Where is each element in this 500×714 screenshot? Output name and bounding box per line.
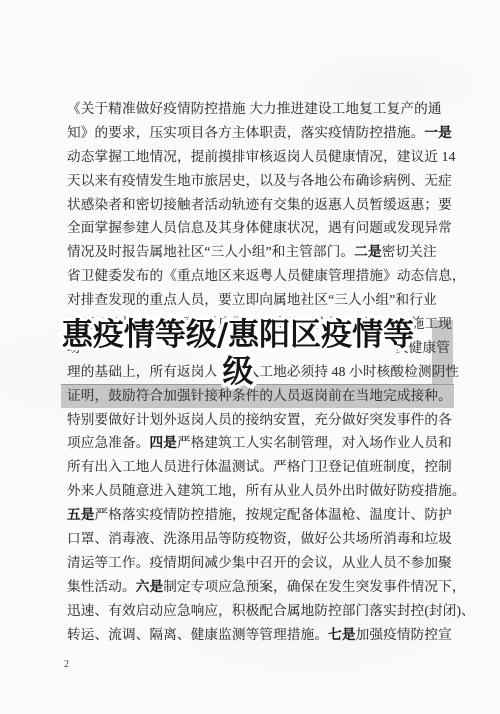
text-line: 《关于精准做好疫情防控措施 大力推进建设工地复工复产的通 xyxy=(67,97,450,121)
body-text: 加强疫情防控宣 xyxy=(356,627,452,642)
body-text: 清运等工作。疫情期间减少集中召开的会议，从业人员不参加聚 xyxy=(67,555,452,570)
emphasis-text: 二是 xyxy=(354,244,382,259)
text-line: 清运等工作。疫情期间减少集中召开的会议，从业人员不参加聚 xyxy=(67,551,450,575)
overlay-headline-line2: 级 级 xyxy=(18,354,458,391)
text-line: 外来人员随意进入建筑工地，所有从业人员外出时做好防疫措施。 xyxy=(67,479,450,503)
body-text: 转运、流调、隔离、健康监测等管理措施。 xyxy=(67,627,328,642)
text-line: 动态掌握工地情况，提前摸排审核返岗人员健康情况，建议近 14 xyxy=(67,145,450,169)
text-line: 所有出入工地人员进行体温测试。严格门卫登记值班制度，控制 xyxy=(67,455,450,479)
text-line: 天以来有疫情发生地市旅居史，以及与各地公布确诊病例、无症 xyxy=(67,169,450,193)
body-text: 制定专项应急预案，确保在发生突发事件情况下， xyxy=(163,579,465,594)
body-text: 口罩、消毒液、洗涤用品等防疫物资，做好公共场所消毒和垃圾 xyxy=(67,531,452,546)
body-text: 严格落实疫情防控措施，按规定配备体温枪、温度计、防护 xyxy=(95,507,452,522)
body-text: 严格建筑工人实名制管理，对入场作业人员和 xyxy=(177,435,452,450)
text-line: 转运、流调、隔离、健康监测等管理措施。七是加强疫情防控宣 xyxy=(67,623,450,647)
body-text: 集性活动。 xyxy=(67,579,136,594)
text-line: 集性活动。六是制定专项应急预案，确保在发生突发事件情况下， xyxy=(67,575,450,599)
body-text: 迅速、有效启动应急响应，积极配合属地防控部门落实封控(封闭)、 xyxy=(67,603,475,618)
emphasis-text: 七是 xyxy=(328,627,356,642)
text-line: 项应急准备。四是严格建筑工人实名制管理，对入场作业人员和 xyxy=(67,431,450,455)
overlay-headline-text: 级 xyxy=(223,354,254,390)
body-text: 所有出入工地人员进行体温测试。严格门卫登记值班制度，控制 xyxy=(67,459,452,474)
body-text: 省卫健委发布的《重点地区来返粤人员健康管理措施》动态信息， xyxy=(67,268,466,283)
emphasis-text: 一是 xyxy=(424,125,452,140)
emphasis-text: 五是 xyxy=(67,507,95,522)
text-line: 省卫健委发布的《重点地区来返粤人员健康管理措施》动态信息， xyxy=(67,264,450,288)
text-line: 全面掌握参建人员信息及其身体健康状况，遇有问题或发现异常 xyxy=(67,216,450,240)
overlay-headline-line1: 惠疫情等级/惠阳区疫情等 惠疫情等级/惠阳区疫情等 xyxy=(18,317,458,354)
body-text: 情况及时报告属地社区“三人小组”和主管部门。 xyxy=(67,244,354,259)
body-text: 天以来有疫情发生地市旅居史，以及与各地公布确诊病例、无症 xyxy=(67,173,452,188)
emphasis-text: 六是 xyxy=(136,579,164,594)
emphasis-text: 四是 xyxy=(149,435,177,450)
text-line: 情况及时报告属地社区“三人小组”和主管部门。二是密切关注 xyxy=(67,240,450,264)
scanned-document-page: 《关于精准做好疫情防控措施 大力推进建设工地复工复产的通知》的要求，压实项目各方… xyxy=(0,0,500,714)
body-text: 项应急准备。 xyxy=(67,435,149,450)
text-line: 对排查发现的重点人员，要立即向属地社区“三人小组”和行业 xyxy=(67,288,450,312)
overlay-headline-text: 惠疫情等级/惠阳区疫情等 xyxy=(62,317,414,353)
body-text: 《关于精准做好疫情防控措施 大力推进建设工地复工复产的通 xyxy=(67,101,442,116)
page-number: 2 xyxy=(64,659,69,670)
body-text: 动态掌握工地情况，提前摸排审核返岗人员健康情况，建议近 14 xyxy=(67,149,456,164)
body-text: 知》的要求，压实项目各方主体职责，落实疫情防控措施。 xyxy=(67,125,424,140)
text-line: 迅速、有效启动应急响应，积极配合属地防控部门落实封控(封闭)、 xyxy=(67,599,450,623)
body-text: 特别要做好计划外返岗人员的接纳安置，充分做好突发事件的各 xyxy=(67,412,452,427)
text-line: 五是严格落实疫情防控措施，按规定配备体温枪、温度计、防护 xyxy=(67,503,450,527)
text-line: 特别要做好计划外返岗人员的接纳安置，充分做好突发事件的各 xyxy=(67,408,450,432)
overlay-headline: 惠疫情等级/惠阳区疫情等 惠疫情等级/惠阳区疫情等 级 级 xyxy=(18,317,458,391)
body-text: 对排查发现的重点人员，要立即向属地社区“三人小组”和行业 xyxy=(67,292,437,307)
body-text: 状感染者和密切接触者活动轨迹有交集的返惠人员暂缓返惠；要 xyxy=(67,197,452,212)
text-line: 口罩、消毒液、洗涤用品等防疫物资，做好公共场所消毒和垃圾 xyxy=(67,527,450,551)
body-text: 外来人员随意进入建筑工地，所有从业人员外出时做好防疫措施。 xyxy=(67,483,466,498)
text-line: 知》的要求，压实项目各方主体职责，落实疫情防控措施。一是 xyxy=(67,121,450,145)
text-line: 状感染者和密切接触者活动轨迹有交集的返惠人员暂缓返惠；要 xyxy=(67,193,450,217)
body-text: 全面掌握参建人员信息及其身体健康状况，遇有问题或发现异常 xyxy=(67,220,452,235)
body-text: 密切关注 xyxy=(382,244,437,259)
